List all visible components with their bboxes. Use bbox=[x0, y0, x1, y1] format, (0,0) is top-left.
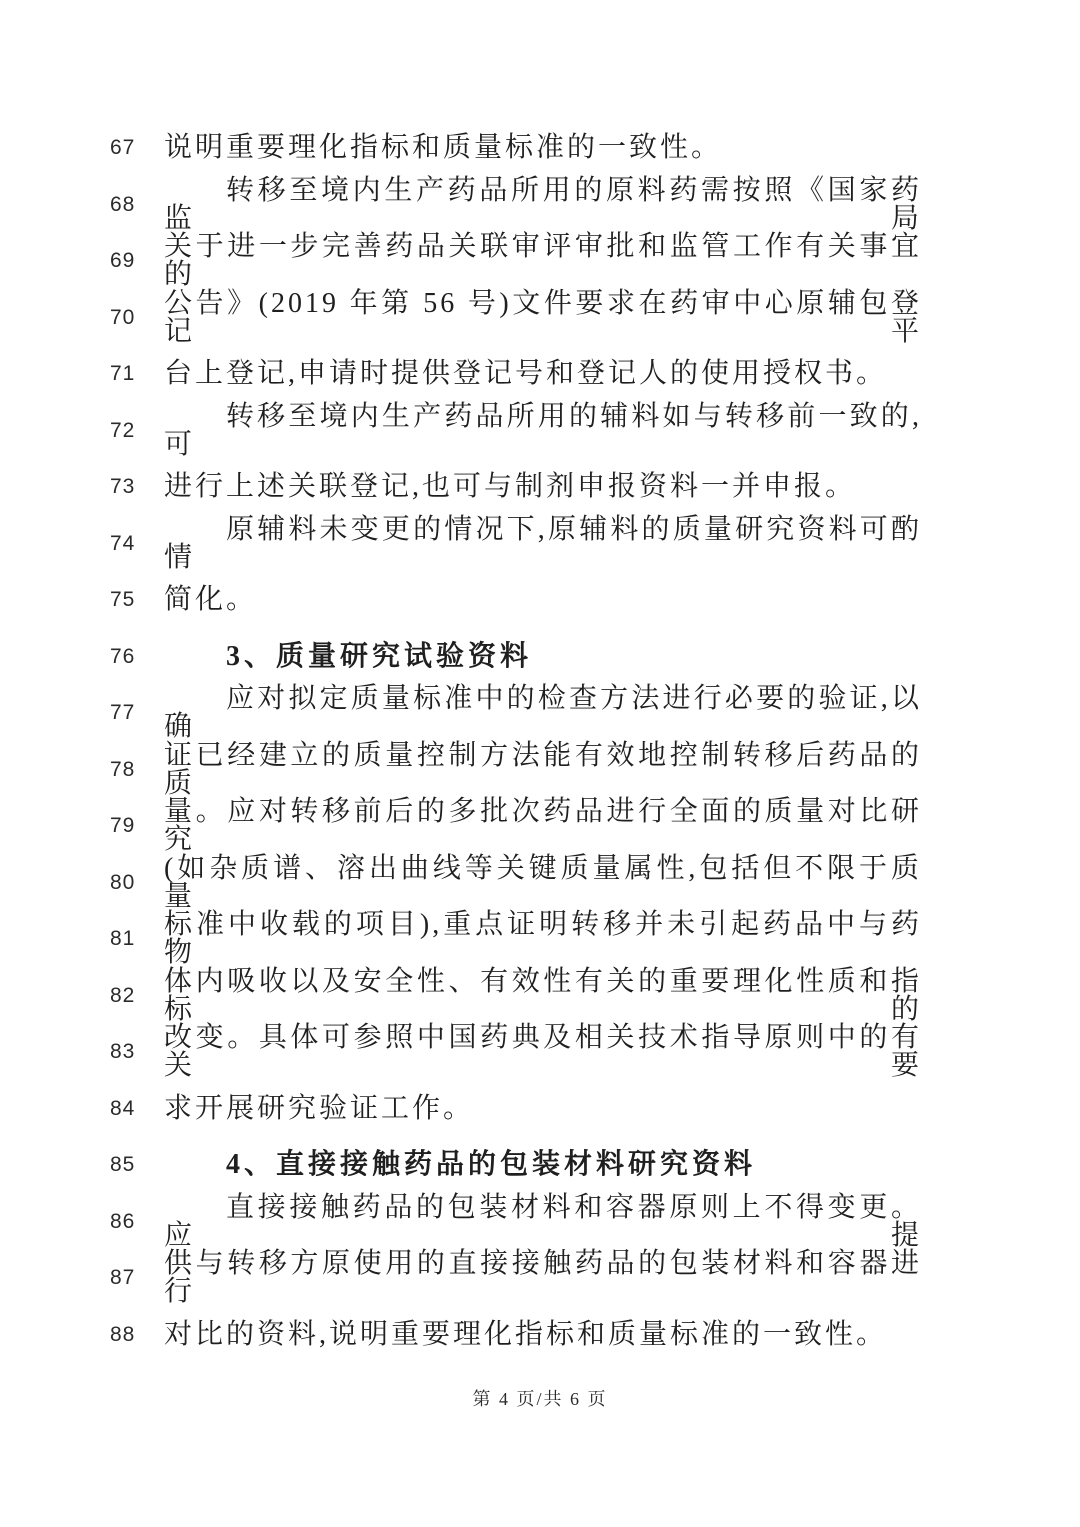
page-footer: 第 4 页/共 6 页 bbox=[0, 1385, 1080, 1411]
line-text: 进行上述关联登记,也可与制剂申报资料一并申报。 bbox=[164, 473, 922, 501]
line-number: 73 bbox=[110, 475, 164, 499]
line-text: (如杂质谱、溶出曲线等关键质量属性,包括但不限于质量 bbox=[164, 855, 922, 911]
line-number: 76 bbox=[110, 645, 164, 669]
line-number: 77 bbox=[110, 701, 164, 725]
line-number: 82 bbox=[110, 984, 164, 1008]
line-text: 说明重要理化指标和质量标准的一致性。 bbox=[164, 134, 922, 162]
line-number: 85 bbox=[110, 1153, 164, 1177]
line-number: 87 bbox=[110, 1266, 164, 1290]
document-line: 87供与转移方原使用的直接接触药品的包装材料和容器进行 bbox=[110, 1250, 922, 1307]
document-line: 71台上登记,申请时提供登记号和登记人的使用授权书。 bbox=[110, 346, 922, 403]
line-text: 体内吸收以及安全性、有效性有关的重要理化性质和指标的 bbox=[164, 968, 922, 1024]
section-heading-text: 4、直接接触药品的包装材料研究资料 bbox=[164, 1151, 922, 1179]
line-number: 88 bbox=[110, 1323, 164, 1347]
line-text: 转移至境内生产药品所用的辅料如与转移前一致的,可 bbox=[164, 403, 922, 459]
document-line: 75简化。 bbox=[110, 572, 922, 629]
document-line: 73进行上述关联登记,也可与制剂申报资料一并申报。 bbox=[110, 459, 922, 516]
line-text: 改变。具体可参照中国药典及相关技术指导原则中的有关要 bbox=[164, 1024, 922, 1080]
line-text: 对比的资料,说明重要理化指标和质量标准的一致性。 bbox=[164, 1321, 922, 1349]
line-number: 67 bbox=[110, 136, 164, 160]
line-text: 直接接触药品的包装材料和容器原则上不得变更。应提 bbox=[164, 1194, 922, 1250]
line-number: 79 bbox=[110, 814, 164, 838]
document-line: 854、直接接触药品的包装材料研究资料 bbox=[110, 1137, 922, 1194]
line-number: 80 bbox=[110, 871, 164, 895]
document-line: 88对比的资料,说明重要理化指标和质量标准的一致性。 bbox=[110, 1307, 922, 1364]
document-lines: 67说明重要理化指标和质量标准的一致性。68转移至境内生产药品所用的原料药需按照… bbox=[110, 120, 922, 1363]
document-line: 82体内吸收以及安全性、有效性有关的重要理化性质和指标的 bbox=[110, 968, 922, 1025]
document-line: 763、质量研究试验资料 bbox=[110, 629, 922, 686]
line-number: 81 bbox=[110, 927, 164, 951]
document-line: 69关于进一步完善药品关联审评审批和监管工作有关事宜的 bbox=[110, 233, 922, 290]
document-line: 77应对拟定质量标准中的检查方法进行必要的验证,以确 bbox=[110, 685, 922, 742]
document-line: 72转移至境内生产药品所用的辅料如与转移前一致的,可 bbox=[110, 403, 922, 460]
line-number: 72 bbox=[110, 419, 164, 443]
line-number: 70 bbox=[110, 306, 164, 330]
line-number: 71 bbox=[110, 362, 164, 386]
document-line: 78证已经建立的质量控制方法能有效地控制转移后药品的质 bbox=[110, 742, 922, 799]
line-text: 简化。 bbox=[164, 586, 922, 614]
line-text: 台上登记,申请时提供登记号和登记人的使用授权书。 bbox=[164, 360, 922, 388]
line-number: 74 bbox=[110, 532, 164, 556]
document-line: 74原辅料未变更的情况下,原辅料的质量研究资料可酌情 bbox=[110, 516, 922, 573]
line-number: 86 bbox=[110, 1210, 164, 1234]
document-line: 81标准中收载的项目),重点证明转移并未引起药品中与药物 bbox=[110, 911, 922, 968]
line-text: 公告》(2019 年第 56 号)文件要求在药审中心原辅包登记平 bbox=[164, 290, 922, 346]
line-text: 标准中收载的项目),重点证明转移并未引起药品中与药物 bbox=[164, 911, 922, 967]
document-line: 84求开展研究验证工作。 bbox=[110, 1081, 922, 1138]
line-text: 求开展研究验证工作。 bbox=[164, 1095, 922, 1123]
line-number: 69 bbox=[110, 249, 164, 273]
section-heading-text: 3、质量研究试验资料 bbox=[164, 643, 922, 671]
line-number: 78 bbox=[110, 758, 164, 782]
document-line: 80(如杂质谱、溶出曲线等关键质量属性,包括但不限于质量 bbox=[110, 855, 922, 912]
document-line: 83改变。具体可参照中国药典及相关技术指导原则中的有关要 bbox=[110, 1024, 922, 1081]
line-text: 关于进一步完善药品关联审评审批和监管工作有关事宜的 bbox=[164, 233, 922, 289]
line-text: 转移至境内生产药品所用的原料药需按照《国家药监局 bbox=[164, 177, 922, 233]
line-text: 供与转移方原使用的直接接触药品的包装材料和容器进行 bbox=[164, 1250, 922, 1306]
line-text: 量。应对转移前后的多批次药品进行全面的质量对比研究 bbox=[164, 798, 922, 854]
document-page: 67说明重要理化指标和质量标准的一致性。68转移至境内生产药品所用的原料药需按照… bbox=[0, 0, 1080, 1527]
line-number: 75 bbox=[110, 588, 164, 612]
document-line: 68转移至境内生产药品所用的原料药需按照《国家药监局 bbox=[110, 177, 922, 234]
line-text: 原辅料未变更的情况下,原辅料的质量研究资料可酌情 bbox=[164, 516, 922, 572]
document-line: 67说明重要理化指标和质量标准的一致性。 bbox=[110, 120, 922, 177]
document-line: 70公告》(2019 年第 56 号)文件要求在药审中心原辅包登记平 bbox=[110, 290, 922, 347]
document-line: 86直接接触药品的包装材料和容器原则上不得变更。应提 bbox=[110, 1194, 922, 1251]
document-line: 79量。应对转移前后的多批次药品进行全面的质量对比研究 bbox=[110, 798, 922, 855]
line-text: 应对拟定质量标准中的检查方法进行必要的验证,以确 bbox=[164, 685, 922, 741]
line-number: 68 bbox=[110, 193, 164, 217]
line-text: 证已经建立的质量控制方法能有效地控制转移后药品的质 bbox=[164, 742, 922, 798]
line-number: 84 bbox=[110, 1097, 164, 1121]
line-number: 83 bbox=[110, 1040, 164, 1064]
